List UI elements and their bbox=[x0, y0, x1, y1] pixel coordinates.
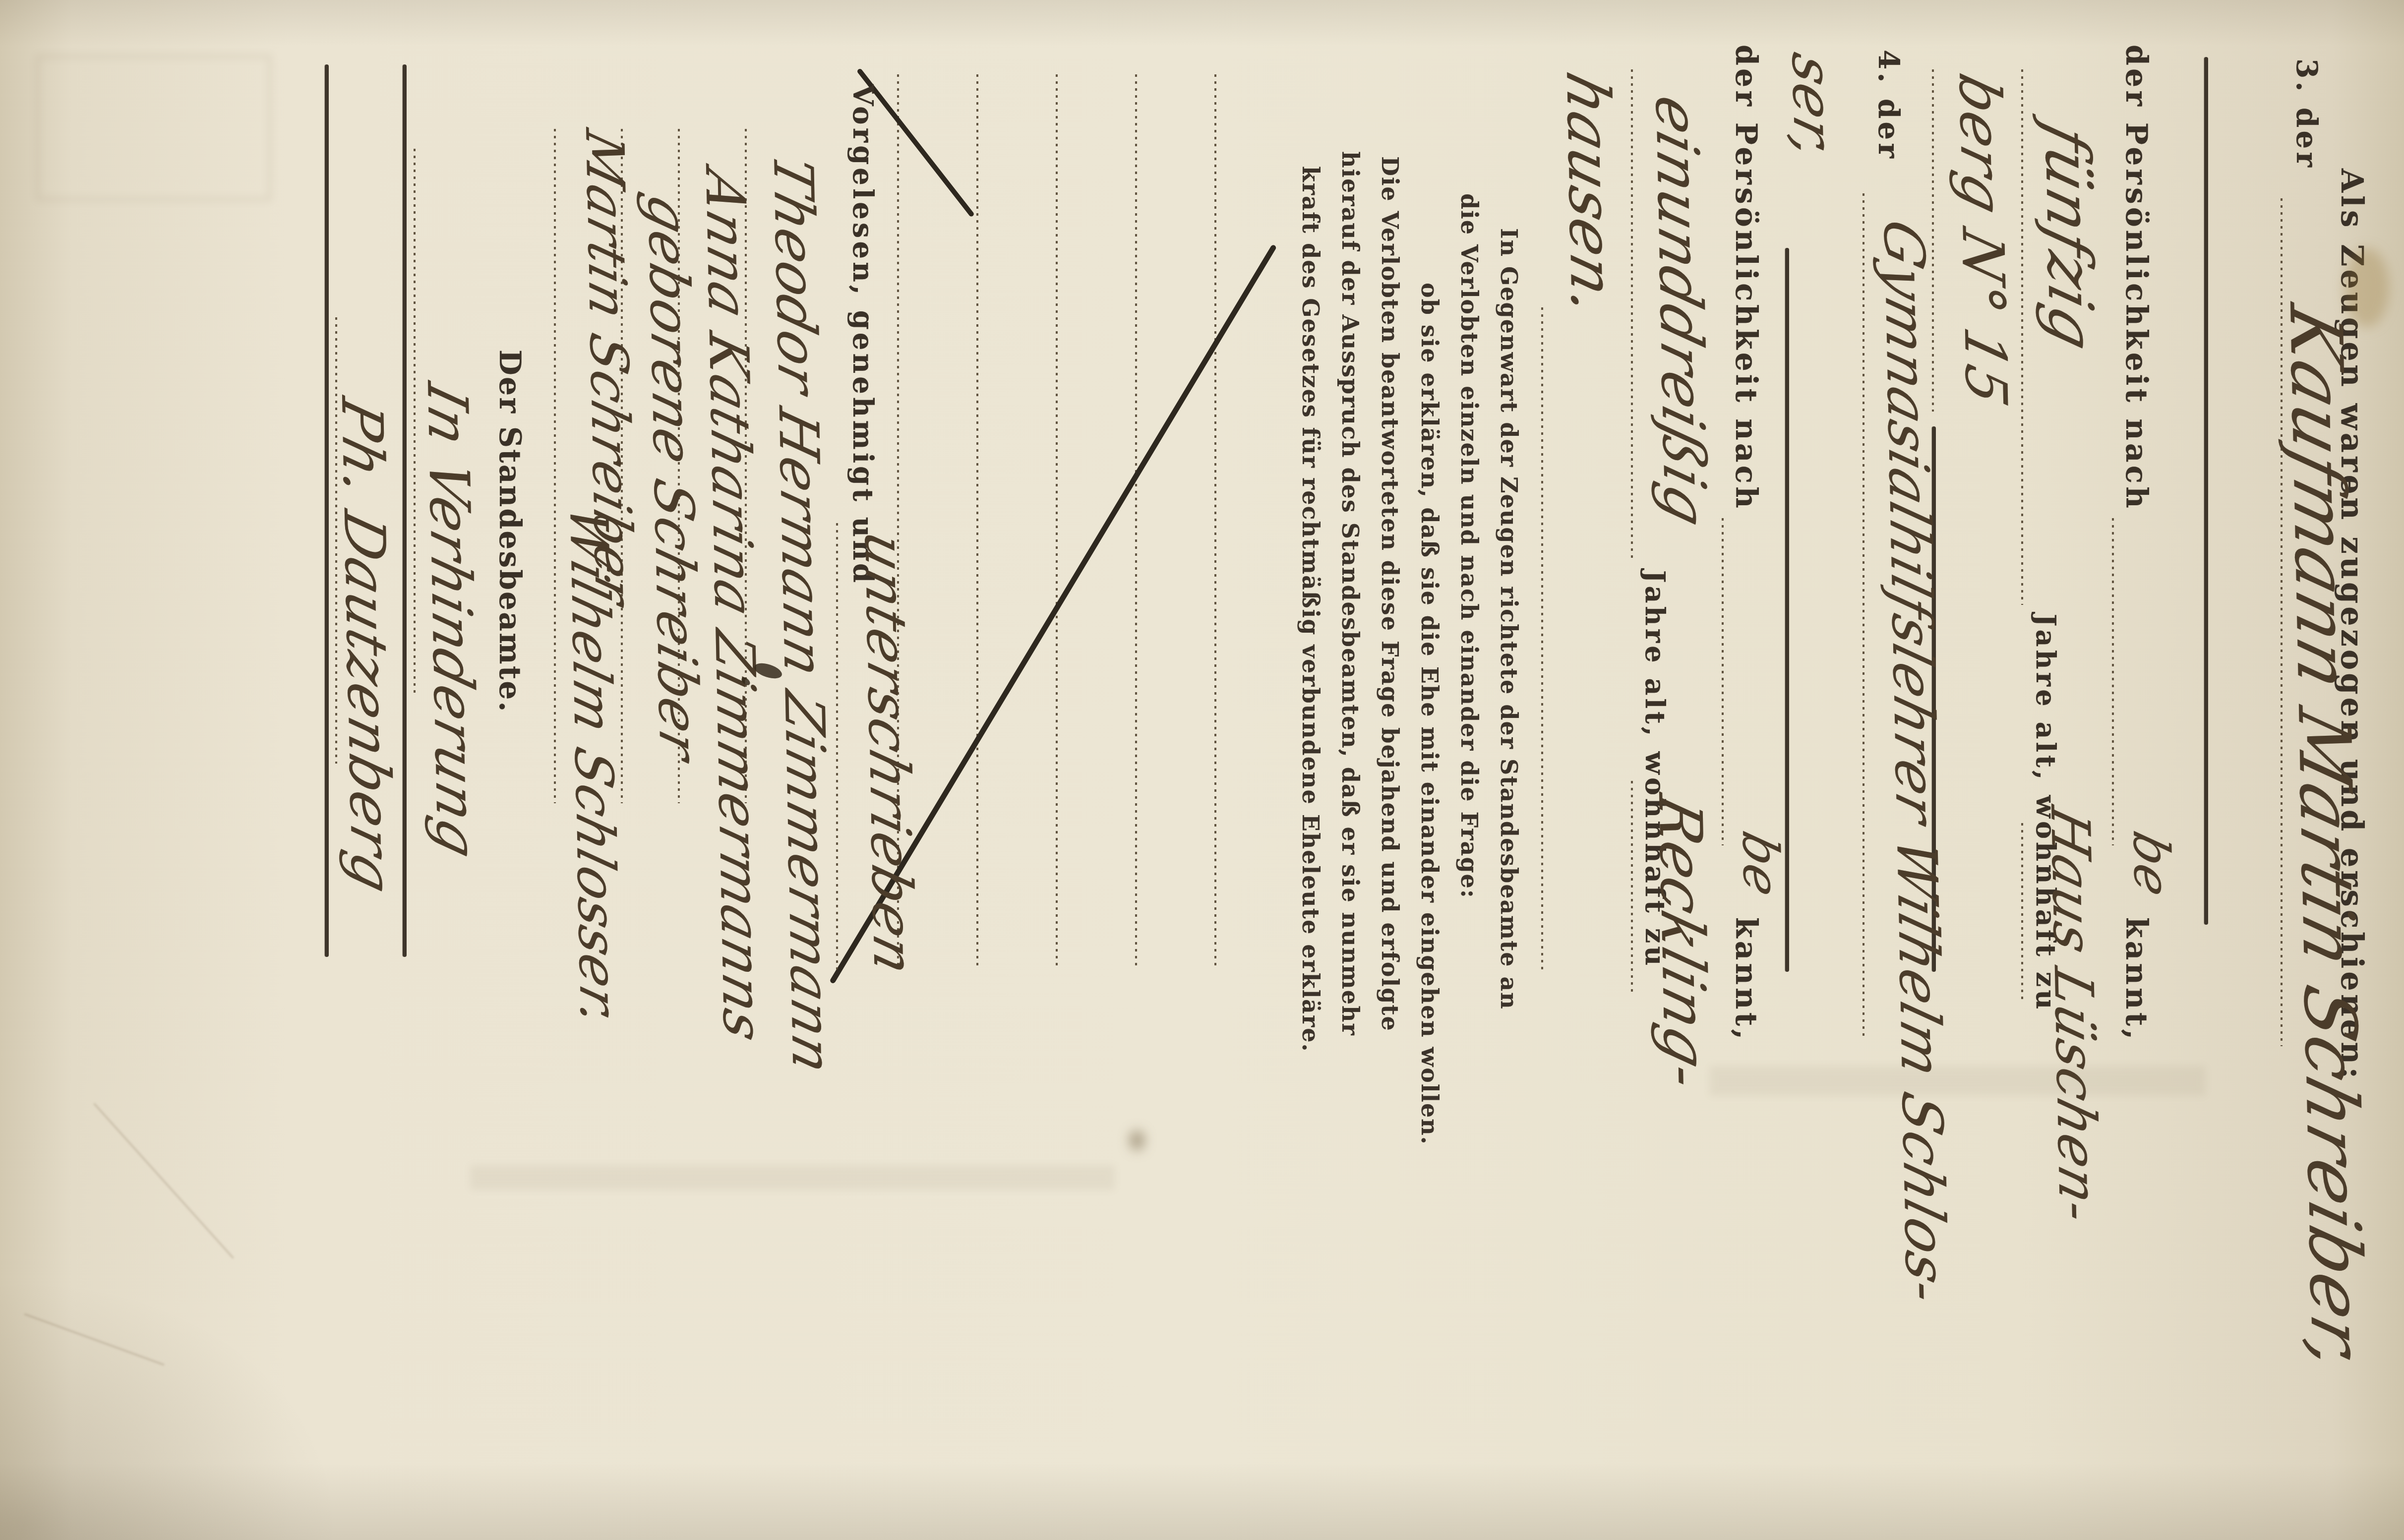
witness3-number-prefix: 3. der bbox=[2290, 59, 2324, 170]
paper-stain-small bbox=[1130, 1130, 1144, 1150]
witness3-residence-handwriting-2: berg N° 15 bbox=[1946, 67, 2019, 413]
witness4-residence-handwriting-1: Reckling- bbox=[1645, 788, 1720, 1097]
ceremony-paragraph-line: ob sie erklären, daß sie die Ehe mit ein… bbox=[1410, 283, 1449, 987]
witness4-residence-dotted-rule-2 bbox=[1541, 307, 1543, 972]
scanned-registry-page: Als Zeugen waren zugezogen und erschiene… bbox=[0, 0, 2404, 1540]
blank-dotted-line bbox=[1214, 74, 1216, 967]
witness3-identity-label: der Persönlichkeit nach bbox=[2119, 45, 2154, 511]
witness4-number-prefix: 4. der bbox=[1872, 50, 1906, 161]
signature-dotted-rule-4 bbox=[554, 129, 556, 803]
document-sheet-rotated: Als Zeugen waren zugezogen und erschiene… bbox=[0, 0, 2404, 1540]
blank-dotted-line bbox=[1135, 74, 1137, 967]
bleedthrough-ghost-strip bbox=[470, 1165, 1115, 1190]
closing-dotted-top bbox=[414, 149, 416, 694]
blank-dotted-line bbox=[1056, 74, 1058, 967]
witness4-residence-handwriting-2: hausen. bbox=[1553, 65, 1626, 324]
witness4-identity-label: der Persönlichkeit nach bbox=[1729, 45, 1763, 511]
blank-dotted-line bbox=[976, 74, 978, 967]
witness4-age-dotted-rule bbox=[1631, 69, 1633, 560]
registrar-deputy-note-handwriting: In Verhinderung bbox=[415, 377, 489, 865]
witness3-identity-dotted-rule bbox=[2112, 518, 2114, 845]
witness3-identity-insert-handwriting: be bbox=[2122, 826, 2181, 903]
bleedthrough-ghost-strip bbox=[1710, 1066, 2206, 1096]
witness3-age-dotted-rule bbox=[2021, 69, 2023, 605]
witness3-identity-suffix: kannt, bbox=[2119, 917, 2154, 1042]
witness4-age-handwriting: einunddreißig bbox=[1642, 89, 1720, 534]
closing-dotted-bottom bbox=[335, 317, 337, 764]
readout-approved-label: Vorgelesen, genehmigt und bbox=[846, 84, 879, 586]
witness4-name-dotted-rule bbox=[1863, 193, 1864, 1036]
witness4-identity-insert-handwriting: be bbox=[1731, 826, 1791, 903]
closing-rule-bottom bbox=[325, 64, 329, 957]
ceremony-paragraph: In Gegenwart der Zeugen richtete der Sta… bbox=[1291, 144, 1529, 987]
signature-groom: Theodor Hermann Zimmermann bbox=[761, 149, 843, 1081]
signature-witness4: Wilhelm Schlosser. bbox=[558, 501, 630, 1033]
ceremony-paragraph-line: die Verlobten einzeln und nach einander … bbox=[1449, 193, 1489, 987]
bleedthrough-ghost-box bbox=[36, 55, 272, 201]
witness4-residence-dotted-rule bbox=[1631, 781, 1633, 994]
witness4-name-handwriting-2: ser, bbox=[1779, 47, 1846, 166]
ceremony-paragraph-line: Die Verlobten beantworteten diese Frage … bbox=[1370, 156, 1410, 987]
registrar-title: Der Standesbeamte. bbox=[492, 350, 527, 713]
ceremony-paragraph-line: hierauf der Ausspruch des Standesbeamten… bbox=[1330, 151, 1370, 987]
registrar-signature-handwriting: Ph. Dautzenberg bbox=[329, 392, 405, 900]
witness3-residence-handwriting-1: Haus Lüschen- bbox=[2039, 801, 2109, 1230]
readout-handwriting: unterschrieben bbox=[852, 526, 925, 982]
witness3-age-handwriting: fünfzig bbox=[2031, 117, 2107, 358]
ceremony-paragraph-line: kraft des Gesetzes für rechtmäßig verbun… bbox=[1291, 166, 1330, 987]
signature-bride-birthname: geborene Schreiber bbox=[636, 188, 711, 768]
witness4-identity-suffix: kannt, bbox=[1729, 917, 1763, 1042]
witness4-identity-dotted-rule bbox=[1722, 518, 1724, 845]
blank-rule-1 bbox=[2204, 57, 2208, 925]
ceremony-paragraph-line: In Gegenwart der Zeugen richtete der Sta… bbox=[1489, 228, 1529, 987]
witness3-residence-dotted-rule bbox=[2021, 823, 2023, 1002]
witness4-name-handwriting-1: Gymnasialhilfslehrer Wilhelm Schlos- bbox=[1871, 213, 1958, 1311]
